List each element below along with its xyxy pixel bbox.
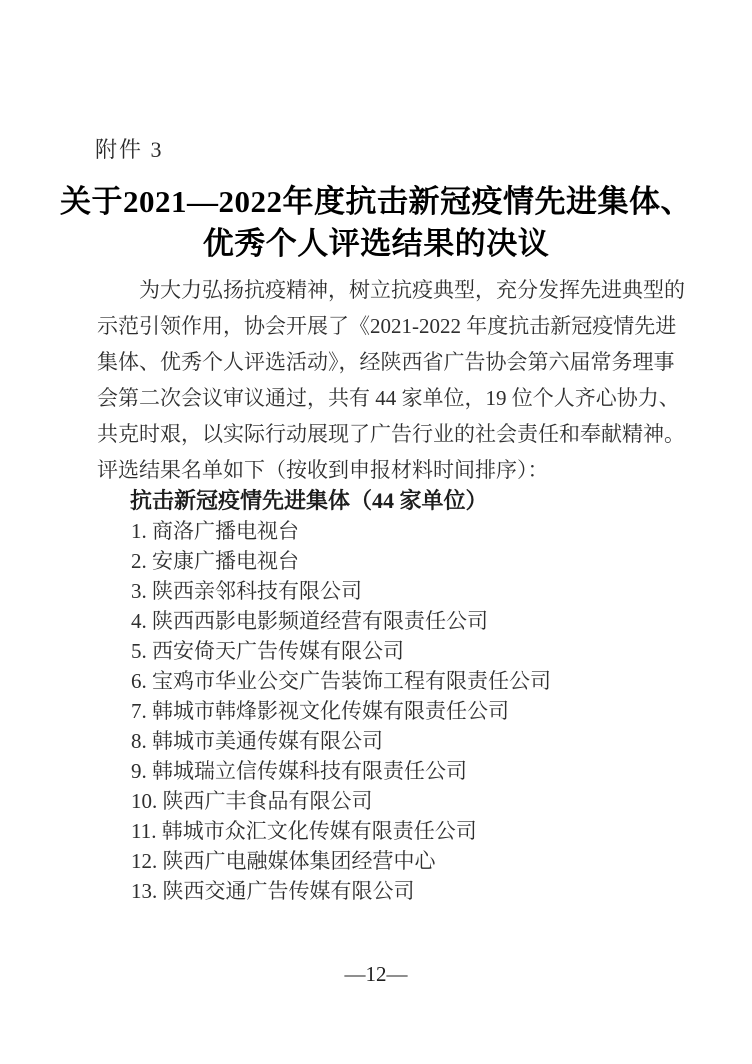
list-item: 3. 陕西亲邻科技有限公司 — [131, 576, 551, 606]
list-item: 12. 陕西广电融媒体集团经营中心 — [131, 846, 551, 876]
list-item: 1. 商洛广播电视台 — [131, 516, 551, 546]
list-item: 2. 安康广播电视台 — [131, 546, 551, 576]
paragraph-line: 为大力弘扬抗疫精神，树立抗疫典型，充分发挥先进典型的 — [97, 272, 660, 308]
list-item: 5. 西安倚天广告传媒有限公司 — [131, 636, 551, 666]
list-item: 13. 陕西交通广告传媒有限公司 — [131, 876, 551, 906]
attachment-label: 附件 3 — [95, 136, 164, 164]
paragraph-line: 集体、优秀个人评选活动》，经陕西省广告协会第六届常务理事 — [97, 344, 660, 380]
list-item: 7. 韩城市韩烽影视文化传媒有限责任公司 — [131, 696, 551, 726]
list-item: 4. 陕西西影电影频道经营有限责任公司 — [131, 606, 551, 636]
paragraph-line: 会第二次会议审议通过，共有 44 家单位，19 位个人齐心协力、 — [97, 380, 660, 416]
document-title-line-1: 关于2021—2022年度抗击新冠疫情先进集体、 — [0, 181, 752, 223]
awarded-units-list: 1. 商洛广播电视台 2. 安康广播电视台 3. 陕西亲邻科技有限公司 4. 陕… — [131, 516, 551, 906]
list-item: 8. 韩城市美通传媒有限公司 — [131, 726, 551, 756]
list-item: 11. 韩城市众汇文化传媒有限责任公司 — [131, 816, 551, 846]
document-title-line-2: 优秀个人评选结果的决议 — [0, 223, 752, 265]
document-title: 关于2021—2022年度抗击新冠疫情先进集体、 优秀个人评选结果的决议 — [0, 181, 752, 265]
intro-paragraph: 为大力弘扬抗疫精神，树立抗疫典型，充分发挥先进典型的 示范引领作用，协会开展了《… — [97, 272, 660, 488]
list-item: 6. 宝鸡市华业公交广告装饰工程有限责任公司 — [131, 666, 551, 696]
document-page: 附件 3 关于2021—2022年度抗击新冠疫情先进集体、 优秀个人评选结果的决… — [0, 0, 752, 1064]
paragraph-line: 评选结果名单如下（按收到申报材料时间排序）： — [97, 452, 660, 488]
page-number: —12— — [0, 960, 752, 988]
section-heading-advanced-collectives: 抗击新冠疫情先进集体（44 家单位） — [130, 486, 488, 516]
paragraph-line: 共克时艰，以实际行动展现了广告行业的社会责任和奉献精神。 — [97, 416, 660, 452]
paragraph-line: 示范引领作用，协会开展了《2021-2022 年度抗击新冠疫情先进 — [97, 308, 660, 344]
list-item: 9. 韩城瑞立信传媒科技有限责任公司 — [131, 756, 551, 786]
list-item: 10. 陕西广丰食品有限公司 — [131, 786, 551, 816]
